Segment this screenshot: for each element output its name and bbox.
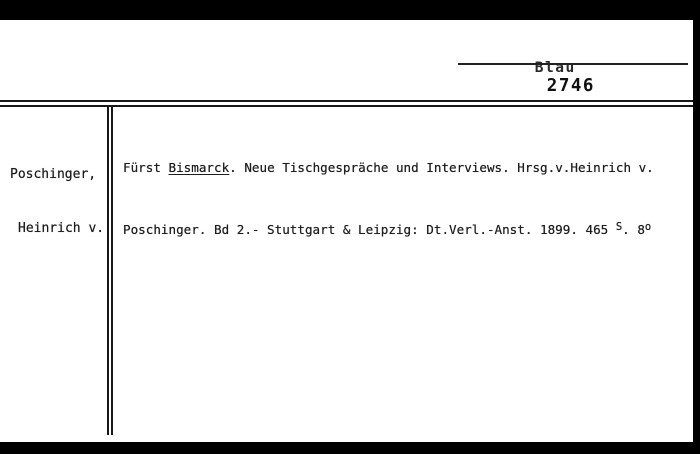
entry-line-1-rest: . Neue Tischgespräche und Interviews. Hr… — [229, 160, 654, 175]
entry-line-2-mid: . 8 — [622, 222, 645, 237]
entry-line-1-text: Fürst — [123, 160, 169, 175]
bibliographic-entry: Fürst Bismarck. Neue Tischgespräche und … — [123, 130, 654, 284]
entry-line-1: Fürst Bismarck. Neue Tischgespräche und … — [123, 160, 654, 192]
entry-line-2: Poschinger. Bd 2.- Stuttgart & Leipzig: … — [123, 222, 654, 254]
underlined-title: Bismarck — [169, 160, 230, 175]
reference-number: 2746 — [547, 76, 595, 96]
superscript-octavo-o: o — [645, 220, 651, 235]
author-heading: Poschinger, Heinrich v. — [10, 130, 104, 274]
reference-underline — [458, 63, 688, 65]
vertical-double-rule — [107, 107, 113, 435]
horizontal-double-rule — [0, 100, 693, 107]
author-heading-line-1: Poschinger, — [10, 166, 104, 184]
entry-line-2-text: Poschinger. Bd 2.- Stuttgart & Leipzig: … — [123, 222, 616, 237]
superscript-pages-s: S — [616, 220, 622, 235]
catalog-card: Blau 2746 Poschinger, Heinrich v. Fürst … — [0, 20, 693, 442]
author-heading-line-2: Heinrich v. — [10, 220, 104, 238]
